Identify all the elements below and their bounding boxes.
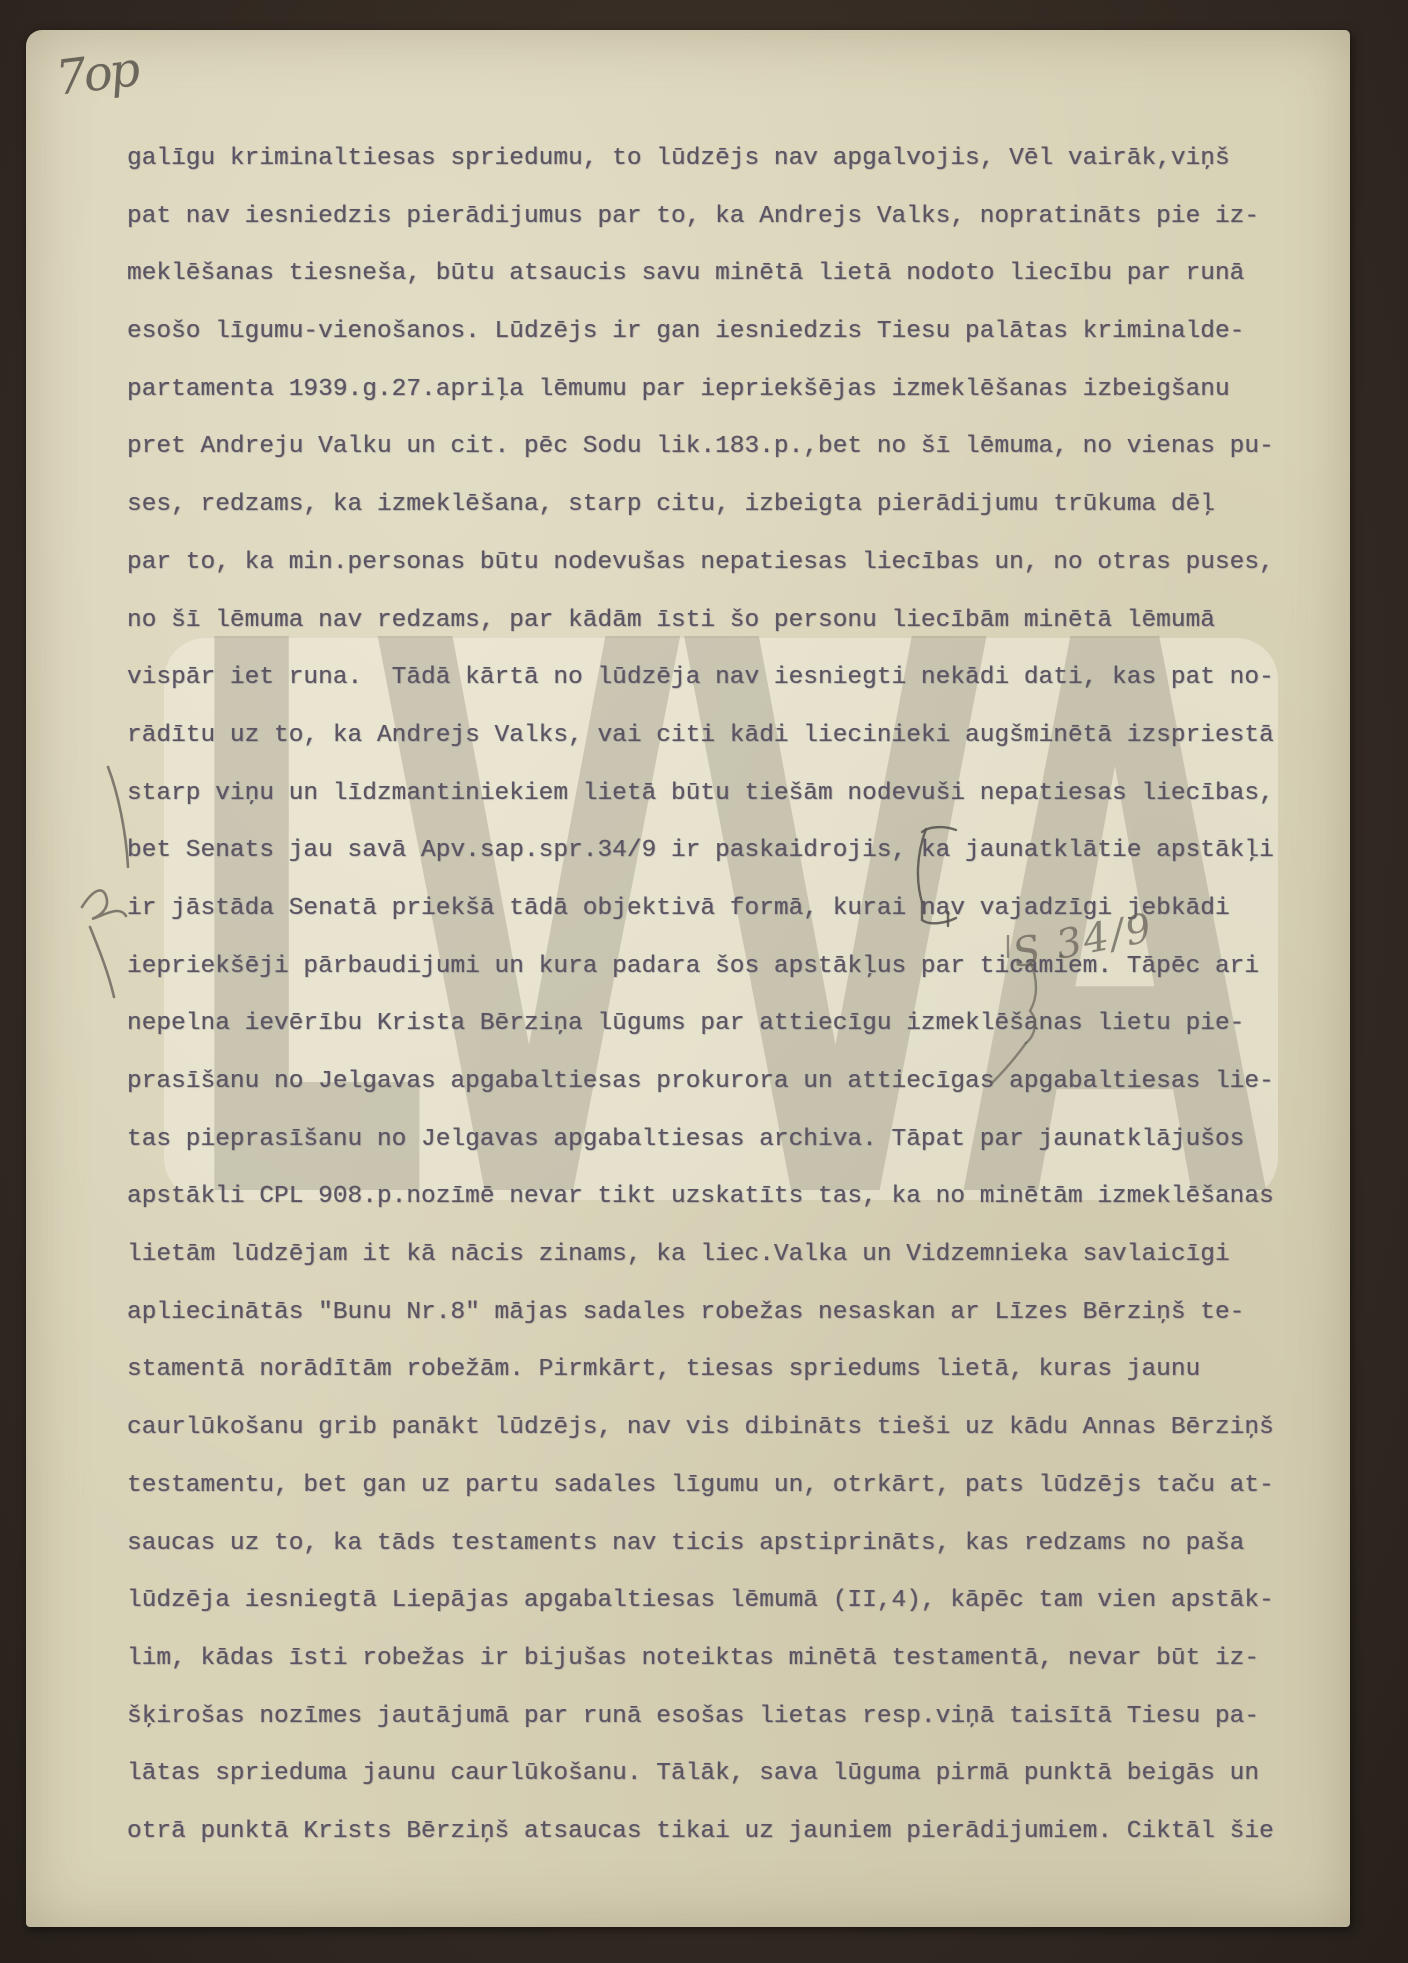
text-line-20: lietām lūdzējam it kā nācis zinams, ka l… — [127, 1226, 1327, 1284]
corner-pencil-mark: 7op — [53, 41, 140, 106]
text-line-6: pret Andreju Valku un cit. pēc Sodu lik.… — [127, 418, 1327, 476]
text-line-27: lim, kādas īsti robežas ir bijušas notei… — [127, 1630, 1327, 1688]
margin-annotation-brace — [978, 935, 1058, 1085]
text-line-16: nepelna ievērību Krista Bērziņa lūgums p… — [127, 995, 1327, 1053]
text-line-23: caurlūkošanu grib panākt lūdzējs, nav vi… — [127, 1399, 1327, 1457]
text-line-7: ses, redzams, ka izmeklēšana, starp citu… — [127, 476, 1327, 534]
text-line-3: meklēšanas tiesneša, būtu atsaucis savu … — [127, 245, 1327, 303]
typed-text-block: galīgu kriminaltiesas spriedumu, to lūdz… — [127, 130, 1327, 1861]
text-line-17: prasīšanu no Jelgavas apgabaltiesas prok… — [127, 1053, 1327, 1111]
text-line-12: starp viņu un līdzmantiniekiem lietā būt… — [127, 765, 1327, 823]
text-line-2: pat nav iesniedzis pierādijumus par to, … — [127, 188, 1327, 246]
text-line-9: no šī lēmuma nav redzams, par kādām īsti… — [127, 592, 1327, 650]
text-line-19: apstākli CPL 908.p.nozīmē nevar tikt uzs… — [127, 1168, 1327, 1226]
text-line-18: tas pieprasīšanu no Jelgavas apgabalties… — [127, 1111, 1327, 1169]
text-line-25: saucas uz to, ka tāds testaments nav tic… — [127, 1515, 1327, 1573]
text-line-5: partamenta 1939.g.27.apriļa lēmumu par i… — [127, 361, 1327, 419]
text-line-24: testamentu, bet gan uz partu sadales līg… — [127, 1457, 1327, 1515]
text-line-10: vispār iet runa. Tādā kārtā no lūdzēja n… — [127, 649, 1327, 707]
margin-pencil-strokes — [64, 755, 160, 1005]
text-line-1: galīgu kriminaltiesas spriedumu, to lūdz… — [127, 130, 1327, 188]
text-line-26: lūdzēja iesniegtā Liepājas apgabaltiesas… — [127, 1572, 1327, 1630]
text-line-13: bet Senats jau savā Apv.sap.spr.34/9 ir … — [127, 822, 1327, 880]
text-line-11: rādītu uz to, ka Andrejs Valks, vai citi… — [127, 707, 1327, 765]
text-line-30: otrā punktā Krists Bērziņš atsaucas tika… — [127, 1803, 1327, 1861]
text-line-4: esošo līgumu-vienošanos. Lūdzējs ir gan … — [127, 303, 1327, 361]
text-line-29: lātas sprieduma jaunu caurlūkošanu. Tālā… — [127, 1745, 1327, 1803]
text-line-28: šķirošas nozīmes jautājumā par runā esoš… — [127, 1688, 1327, 1746]
text-line-21: apliecinātās "Bunu Nr.8" mājas sadales r… — [127, 1284, 1327, 1342]
insertion-bracket-mark — [904, 822, 984, 940]
document-page: LVVA galīgu kriminaltiesas spriedumu, to… — [26, 30, 1350, 1927]
photo-background: LVVA galīgu kriminaltiesas spriedumu, to… — [0, 0, 1408, 1963]
text-line-8: par to, ka min.personas būtu nodevušas n… — [127, 534, 1327, 592]
text-line-22: stamentā norādītām robežām. Pirmkārt, ti… — [127, 1341, 1327, 1399]
